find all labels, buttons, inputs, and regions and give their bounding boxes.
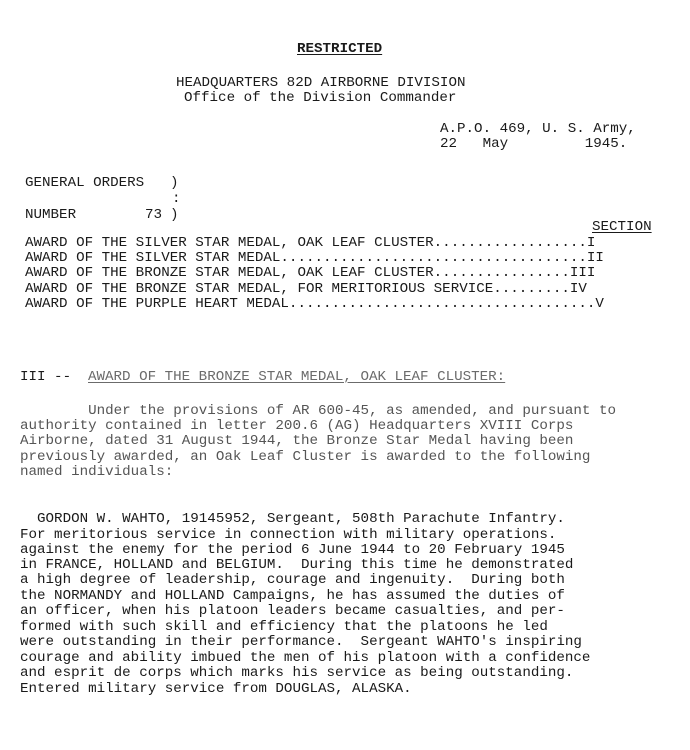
paragraph-line: a high degree of leadership, courage and… [20, 573, 565, 589]
toc-item: AWARD OF THE BRONZE STAR MEDAL, OAK LEAF… [25, 266, 595, 282]
paragraph-line: Entered military service from DOUGLAS, A… [20, 682, 412, 698]
number-label: NUMBER [25, 208, 76, 224]
toc-section-header: SECTION [592, 220, 652, 236]
general-orders-label: GENERAL ORDERS [25, 176, 144, 192]
toc-item: AWARD OF THE PURPLE HEART MEDAL.........… [25, 297, 604, 313]
brace-bottom: ) [170, 208, 179, 224]
section-title: AWARD OF THE BRONZE STAR MEDAL, OAK LEAF… [88, 370, 505, 386]
brace-top: ) [170, 176, 179, 192]
paragraph-line: GORDON W. WAHTO, 19145952, Sergeant, 508… [20, 512, 565, 528]
order-number: 73 [145, 208, 162, 224]
section-number: III -- [20, 370, 71, 386]
paragraph-line: named individuals: [20, 465, 173, 481]
paragraph-line: and esprit de corps which marks his serv… [20, 666, 573, 682]
classification-marking: RESTRICTED [297, 42, 382, 58]
brace-mid: : [172, 192, 181, 208]
paragraph-line: Airborne, dated 31 August 1944, the Bron… [20, 434, 573, 450]
date-line: 22 May 1945. [440, 137, 627, 153]
paragraph-line: an officer, when his platoon leaders bec… [20, 604, 565, 620]
paragraph-line: were outstanding in their performance. S… [20, 635, 582, 651]
office-heading: Office of the Division Commander [184, 91, 456, 107]
